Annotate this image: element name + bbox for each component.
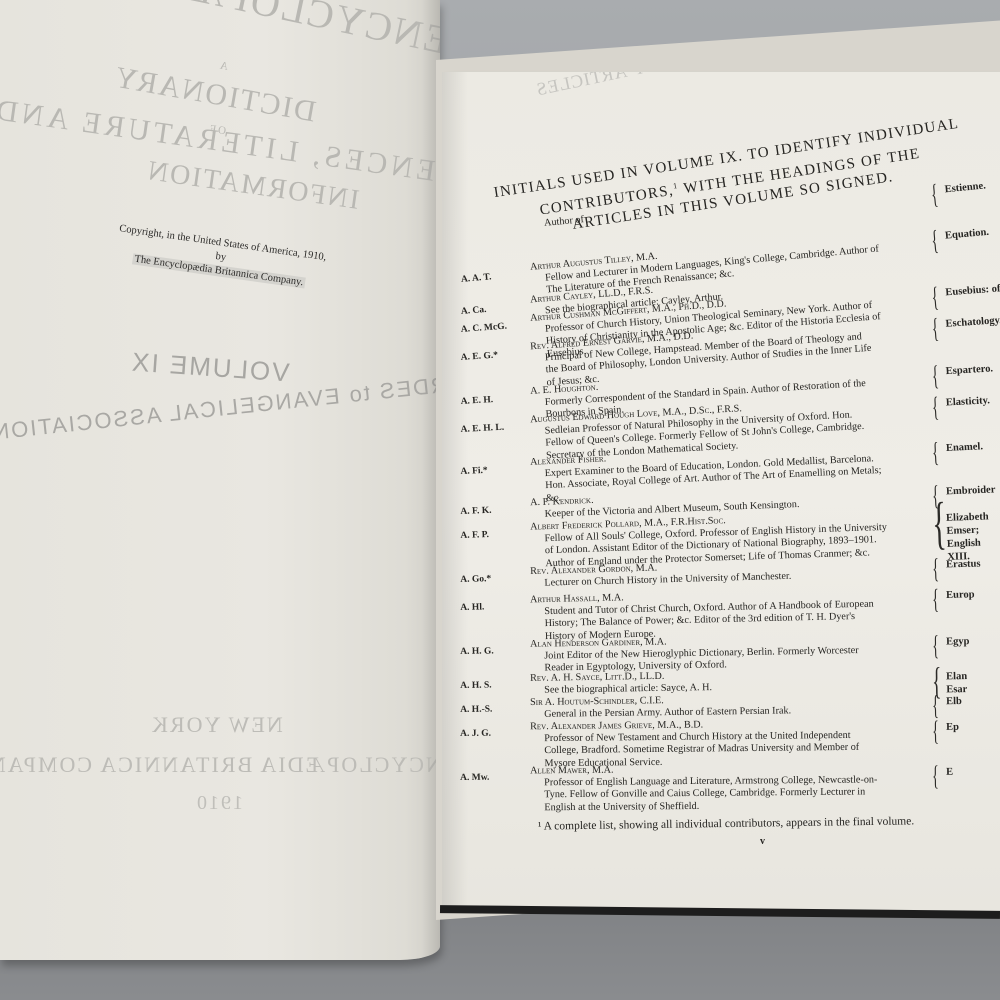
article-heading: Erastus [946, 557, 981, 571]
contributor-name: Rev. Alexander James Grieve, M.A., B.D. [530, 719, 703, 732]
contributor-initials: A. Ca. [460, 300, 531, 318]
article-headings: Elb [946, 695, 962, 708]
brace-icon: { [931, 362, 939, 392]
article-headings: Equation. [944, 226, 989, 243]
contributor-initials: A. C. McG. [460, 319, 531, 336]
article-heading: Egyp [946, 635, 970, 648]
article-headings: Europ [946, 588, 975, 602]
contributor-name: Alan Henderson Gardiner, M.A. [530, 636, 667, 649]
article-heading: Espartero. [945, 362, 993, 378]
article-headings: Enamel. [946, 440, 984, 455]
article-heading: Ep [946, 721, 959, 734]
show-through-title: ENCYCLOPÆDIA [109, 0, 440, 64]
contributor-name: Allen Mawer, M.A. [530, 765, 614, 777]
article-heading: Estienne. [944, 179, 986, 196]
article-heading: Embroider [946, 483, 996, 498]
article-headings: Ep [946, 721, 959, 734]
brace-icon: { [932, 717, 939, 747]
article-headings: Eusebius: of Cae [945, 281, 1000, 299]
brace-icon: { [932, 555, 940, 585]
brace-icon: { [930, 180, 940, 211]
brace-icon: { [931, 314, 940, 344]
contributor-initials: A. F. K. [460, 503, 530, 518]
article-headings: Estienne. [944, 179, 986, 196]
footnote: ¹ A complete list, showing all individua… [538, 815, 914, 832]
article-headings: E [946, 766, 953, 779]
show-through-city: NEW YORK [150, 712, 283, 738]
article-headings: Embroider [946, 483, 996, 498]
contributor-initials: A. E. H. L. [460, 420, 531, 436]
contributor-initials: A. Mw. [460, 771, 530, 784]
contributor-name: Rev. A. H. Sayce, Litt.D., LL.D. [530, 671, 664, 684]
brace-icon: { [932, 585, 939, 615]
brace-icon: { [932, 438, 940, 468]
article-headings: Espartero. [945, 362, 993, 378]
article-headings: ElanEsar [946, 670, 967, 696]
left-page: ENCYCLOPÆDIA A DICTIONARY OF SCIENCES, L… [0, 0, 440, 960]
show-through-volume: VOLUME IX [129, 346, 290, 388]
contributor-initials: A. E. G.* [460, 347, 531, 364]
contributor-description: Allen Mawer, M.A.Professor of English La… [530, 762, 930, 814]
contributor-initials: A. F. P. [460, 528, 530, 543]
contributors-list: INITIALS USED IN VOLUME IX. TO IDENTIFY … [450, 0, 1000, 1000]
brace-icon: { [930, 226, 939, 256]
contributor-initials: A. Go.* [460, 572, 530, 586]
brace-icon: { [931, 283, 940, 313]
contributor-initials: A. H. G. [460, 645, 530, 658]
copyright-notice: Copyright, in the United States of Ameri… [84, 218, 357, 297]
contributor-initials: A. H.-S. [460, 703, 530, 716]
article-heading: Eschatology. [945, 314, 1000, 331]
contributor-initials: A. A. T. [461, 268, 532, 286]
article-heading: Elan [946, 670, 967, 683]
page-number: v [760, 836, 765, 847]
article-headings: Eschatology. [945, 314, 1000, 331]
article-heading: Equation. [944, 226, 989, 243]
article-heading: E [946, 766, 953, 779]
brace-icon: { [931, 393, 939, 423]
contributor-initials: A. E. H. [460, 392, 531, 408]
contributor-initials: A. J. G. [460, 727, 530, 740]
article-headings: ElizabethEmser;EnglishXIII. [946, 510, 990, 563]
contributor-initials: A. Hl. [460, 600, 530, 614]
contributor-name: A. F. Kendrick. [530, 495, 594, 508]
show-through-a: A [217, 59, 229, 73]
article-heading: Eusebius: of Cae [945, 281, 1000, 299]
article-headings: Erastus [946, 557, 981, 571]
article-heading: Enamel. [946, 440, 984, 455]
contributor-initials: A. Fi.* [460, 463, 530, 478]
article-heading: Elb [946, 695, 962, 708]
contributor-name: Sir A. Houtum-Schindler, C.I.E. [530, 695, 664, 708]
brace-icon: { [932, 762, 939, 792]
brace-icon: { [932, 508, 947, 538]
show-through-year: 1910 [195, 792, 243, 815]
brace-icon: { [932, 632, 939, 662]
contributor-detail-line: English at the University of Sheffield. [530, 799, 930, 815]
article-headings: Elasticity. [946, 394, 991, 409]
article-heading: Elizabeth [946, 510, 989, 524]
article-heading: Europ [946, 588, 975, 602]
contributor-initials: A. H. S. [460, 679, 530, 692]
show-through-publisher: THE ENCYCLOPÆDIA BRITANNICA COMPANY [0, 752, 440, 778]
article-heading: Elasticity. [946, 394, 991, 409]
article-headings: Egyp [946, 635, 970, 648]
contributor-name: Arthur Hassall, M.A. [530, 592, 624, 605]
